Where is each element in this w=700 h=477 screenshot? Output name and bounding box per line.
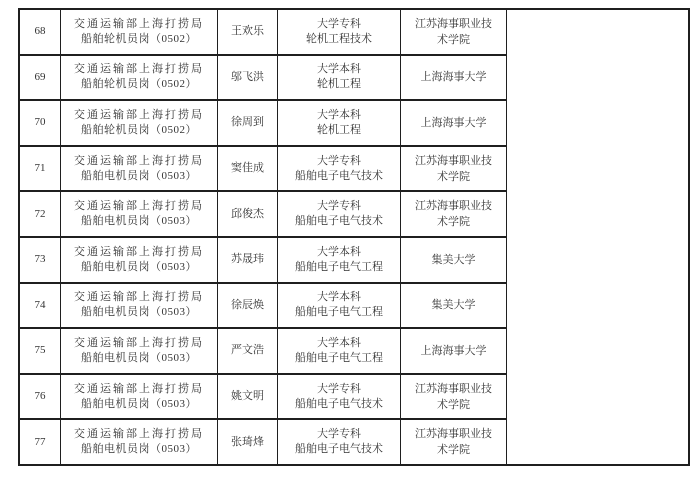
cell-row-number: 68 [20,10,61,54]
cell-position: 交通运输部上海打捞局 船舶轮机员岗（0502） [61,10,218,54]
major-text: 轮机工程技术 [306,32,372,47]
position-org-text: 交通运输部上海打捞局 [74,427,204,442]
row-number-text: 76 [35,389,46,404]
major-text: 船舶电子电气技术 [295,214,383,229]
cell-education: 大学专科 船舶电子电气技术 [278,147,401,191]
row-number-text: 77 [35,435,46,450]
cell-school: 江苏海事职业技术学院 [401,192,506,236]
position-post-text: 船舶电机员岗（0503） [81,397,197,412]
row-number-text: 70 [35,115,46,130]
cell-education: 大学本科 船舶电子电气工程 [278,284,401,328]
row-number-text: 73 [35,252,46,267]
cell-candidate-name: 徐辰焕 [218,284,278,328]
position-org-text: 交通运输部上海打捞局 [74,382,204,397]
major-text: 船舶电子电气工程 [295,351,383,366]
cell-row-number: 74 [20,284,61,328]
row-number-text: 74 [35,298,46,313]
cell-row-number: 69 [20,56,61,100]
degree-text: 大学专科 [317,199,361,214]
position-org-text: 交通运输部上海打捞局 [74,245,204,260]
position-post-text: 船舶电机员岗（0503） [81,305,197,320]
school-name-text: 江苏海事职业技术学院 [411,381,497,413]
candidate-name-text: 徐辰焕 [231,298,264,313]
cell-education: 大学专科 船舶电子电气技术 [278,420,401,464]
table-row: 70 交通运输部上海打捞局 船舶轮机员岗（0502） 徐周到 大学本科 轮机工程… [20,101,506,147]
cell-school: 上海海事大学 [401,56,506,100]
degree-text: 大学本科 [317,62,361,77]
table-rows-area: 68 交通运输部上海打捞局 船舶轮机员岗（0502） 王欢乐 大学专科 轮机工程… [20,10,506,464]
row-number-text: 69 [35,70,46,85]
position-post-text: 船舶轮机员岗（0502） [81,77,197,92]
cell-school: 江苏海事职业技术学院 [401,147,506,191]
cell-position: 交通运输部上海打捞局 船舶电机员岗（0503） [61,192,218,236]
cell-candidate-name: 邬飞洪 [218,56,278,100]
candidate-name-text: 徐周到 [231,115,264,130]
cell-education: 大学专科 轮机工程技术 [278,10,401,54]
school-name-text: 江苏海事职业技术学院 [411,198,497,230]
degree-text: 大学本科 [317,108,361,123]
degree-text: 大学专科 [317,154,361,169]
cell-row-number: 76 [20,375,61,419]
cell-candidate-name: 窦佳成 [218,147,278,191]
school-name-text: 集美大学 [432,297,476,313]
position-org-text: 交通运输部上海打捞局 [74,62,204,77]
major-text: 轮机工程 [317,123,361,138]
major-text: 轮机工程 [317,77,361,92]
cell-school: 江苏海事职业技术学院 [401,420,506,464]
cell-row-number: 77 [20,420,61,464]
position-org-text: 交通运输部上海打捞局 [74,199,204,214]
cell-position: 交通运输部上海打捞局 船舶电机员岗（0503） [61,329,218,373]
cell-school: 江苏海事职业技术学院 [401,375,506,419]
major-text: 船舶电子电气技术 [295,442,383,457]
degree-text: 大学本科 [317,245,361,260]
table-row: 74 交通运输部上海打捞局 船舶电机员岗（0503） 徐辰焕 大学本科 船舶电子… [20,284,506,330]
table-row: 72 交通运输部上海打捞局 船舶电机员岗（0503） 邱俊杰 大学专科 船舶电子… [20,192,506,238]
cell-row-number: 75 [20,329,61,373]
cell-education: 大学专科 船舶电子电气技术 [278,375,401,419]
degree-text: 大学专科 [317,427,361,442]
cell-school: 上海海事大学 [401,329,506,373]
school-name-text: 上海海事大学 [421,115,487,131]
table-row: 68 交通运输部上海打捞局 船舶轮机员岗（0502） 王欢乐 大学专科 轮机工程… [20,10,506,56]
major-text: 船舶电子电气技术 [295,397,383,412]
degree-text: 大学本科 [317,290,361,305]
row-number-text: 71 [35,161,46,176]
degree-text: 大学专科 [317,382,361,397]
cell-education: 大学本科 轮机工程 [278,101,401,145]
table-row: 71 交通运输部上海打捞局 船舶电机员岗（0503） 窦佳成 大学专科 船舶电子… [20,147,506,193]
candidate-name-text: 严文浩 [231,343,264,358]
cell-candidate-name: 苏晟玮 [218,238,278,282]
major-text: 船舶电子电气技术 [295,169,383,184]
school-name-text: 江苏海事职业技术学院 [411,153,497,185]
candidate-name-text: 张琦烽 [231,435,264,450]
position-post-text: 船舶电机员岗（0503） [81,351,197,366]
degree-text: 大学专科 [317,17,361,32]
position-org-text: 交通运输部上海打捞局 [74,154,204,169]
major-text: 船舶电子电气工程 [295,260,383,275]
position-post-text: 船舶轮机员岗（0502） [81,123,197,138]
row-number-text: 75 [35,343,46,358]
table-row: 77 交通运输部上海打捞局 船舶电机员岗（0503） 张琦烽 大学专科 船舶电子… [20,420,506,464]
school-name-text: 上海海事大学 [421,343,487,359]
candidate-name-text: 邱俊杰 [231,207,264,222]
position-org-text: 交通运输部上海打捞局 [74,17,204,32]
table-row: 76 交通运输部上海打捞局 船舶电机员岗（0503） 姚文明 大学专科 船舶电子… [20,375,506,421]
row-number-text: 68 [35,24,46,39]
cell-row-number: 73 [20,238,61,282]
cell-position: 交通运输部上海打捞局 船舶轮机员岗（0502） [61,101,218,145]
cell-education: 大学本科 船舶电子电气工程 [278,238,401,282]
cell-row-number: 72 [20,192,61,236]
cell-school: 上海海事大学 [401,101,506,145]
document-page: 68 交通运输部上海打捞局 船舶轮机员岗（0502） 王欢乐 大学专科 轮机工程… [0,0,700,477]
school-name-text: 上海海事大学 [421,69,487,85]
position-org-text: 交通运输部上海打捞局 [74,336,204,351]
cell-position: 交通运输部上海打捞局 船舶电机员岗（0503） [61,147,218,191]
cell-row-number: 70 [20,101,61,145]
cell-candidate-name: 张琦烽 [218,420,278,464]
cell-candidate-name: 姚文明 [218,375,278,419]
position-post-text: 船舶轮机员岗（0502） [81,32,197,47]
cell-education: 大学本科 船舶电子电气工程 [278,329,401,373]
empty-column-cell [506,10,688,464]
degree-text: 大学本科 [317,336,361,351]
candidate-name-text: 王欢乐 [231,24,264,39]
cell-candidate-name: 邱俊杰 [218,192,278,236]
candidate-name-text: 姚文明 [231,389,264,404]
cell-candidate-name: 徐周到 [218,101,278,145]
cell-candidate-name: 王欢乐 [218,10,278,54]
major-text: 船舶电子电气工程 [295,305,383,320]
position-post-text: 船舶电机员岗（0503） [81,442,197,457]
cell-candidate-name: 严文浩 [218,329,278,373]
cell-position: 交通运输部上海打捞局 船舶电机员岗（0503） [61,420,218,464]
position-org-text: 交通运输部上海打捞局 [74,290,204,305]
school-name-text: 江苏海事职业技术学院 [411,426,497,458]
cell-education: 大学本科 轮机工程 [278,56,401,100]
candidate-name-text: 窦佳成 [231,161,264,176]
table-row: 73 交通运输部上海打捞局 船舶电机员岗（0503） 苏晟玮 大学本科 船舶电子… [20,238,506,284]
cell-position: 交通运输部上海打捞局 船舶电机员岗（0503） [61,375,218,419]
cell-row-number: 71 [20,147,61,191]
applicants-table: 68 交通运输部上海打捞局 船舶轮机员岗（0502） 王欢乐 大学专科 轮机工程… [18,8,690,466]
school-name-text: 集美大学 [432,252,476,268]
cell-school: 集美大学 [401,238,506,282]
cell-education: 大学专科 船舶电子电气技术 [278,192,401,236]
cell-position: 交通运输部上海打捞局 船舶电机员岗（0503） [61,238,218,282]
cell-position: 交通运输部上海打捞局 船舶轮机员岗（0502） [61,56,218,100]
row-number-text: 72 [35,207,46,222]
table-row: 69 交通运输部上海打捞局 船舶轮机员岗（0502） 邬飞洪 大学本科 轮机工程… [20,56,506,102]
position-post-text: 船舶电机员岗（0503） [81,169,197,184]
candidate-name-text: 苏晟玮 [231,252,264,267]
position-post-text: 船舶电机员岗（0503） [81,260,197,275]
cell-school: 集美大学 [401,284,506,328]
position-post-text: 船舶电机员岗（0503） [81,214,197,229]
position-org-text: 交通运输部上海打捞局 [74,108,204,123]
candidate-name-text: 邬飞洪 [231,70,264,85]
school-name-text: 江苏海事职业技术学院 [411,16,497,48]
cell-school: 江苏海事职业技术学院 [401,10,506,54]
table-row: 75 交通运输部上海打捞局 船舶电机员岗（0503） 严文浩 大学本科 船舶电子… [20,329,506,375]
cell-position: 交通运输部上海打捞局 船舶电机员岗（0503） [61,284,218,328]
